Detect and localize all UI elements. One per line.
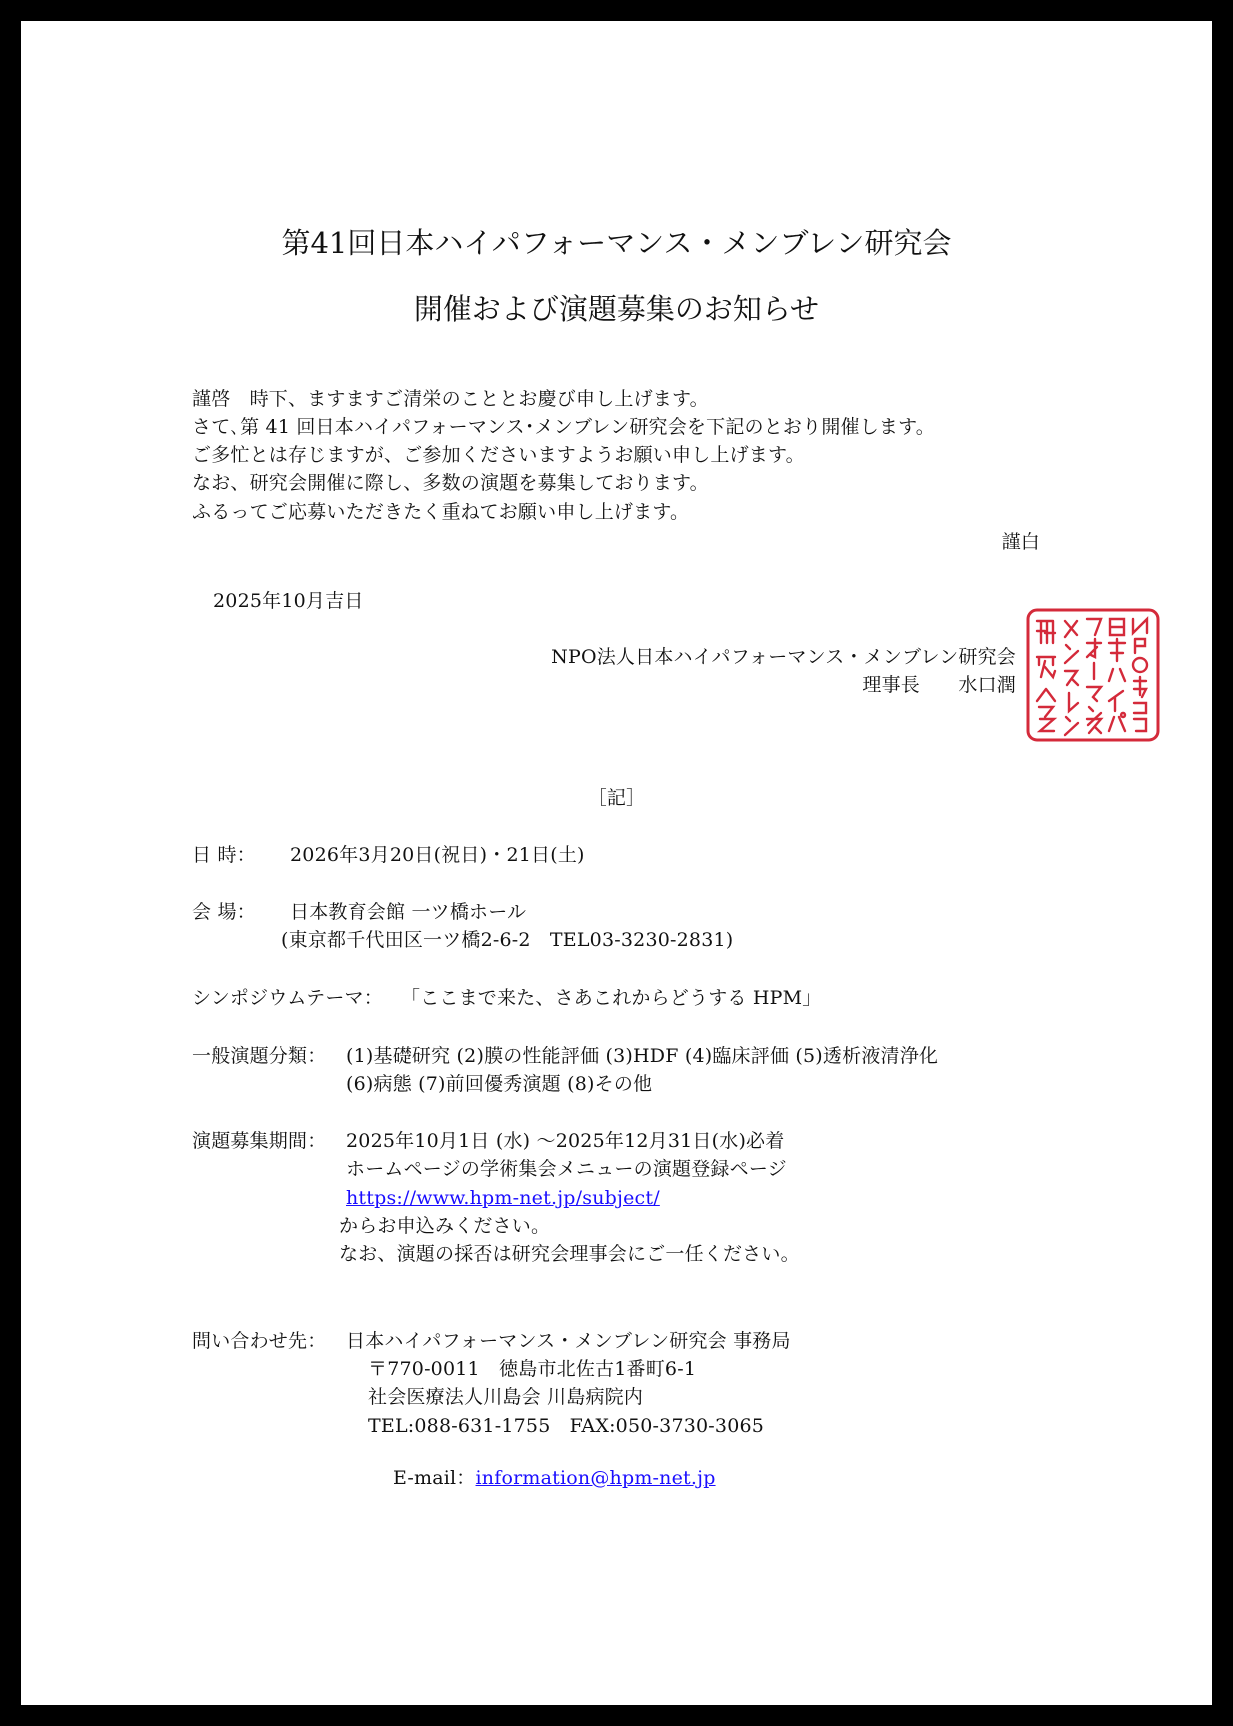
datetime-label: 日 時： xyxy=(192,843,256,867)
organization-name: NPO法人日本ハイパフォーマンス・メンブレン研究会 xyxy=(551,645,1016,669)
greeting-line-4: なお、研究会開催に際し、多数の演題を募集しております。 xyxy=(192,471,709,495)
title-line-2: 開催および演題募集のお知らせ xyxy=(21,291,1212,327)
period-note-homepage: ホームページの学術集会メニューの演題登録ページ xyxy=(346,1157,787,1181)
categories-line-2: (6)病態 (7)前回優秀演題 (8)その他 xyxy=(346,1072,652,1096)
greeting-line-1: 謹啓 時下、ますますご清栄のこととお慶び申し上げます。 xyxy=(192,387,709,411)
contact-hospital: 社会医療法人川島会 川島病院内 xyxy=(368,1385,643,1409)
contact-address: 〒770-0011 徳島市北佐古1番町6-1 xyxy=(368,1357,696,1381)
subject-registration-link[interactable]: https://www.hpm-net.jp/subject/ xyxy=(346,1186,660,1210)
contact-organization: 日本ハイパフォーマンス・メンブレン研究会 事務局 xyxy=(346,1329,791,1353)
categories-line-1: (1)基礎研究 (2)膜の性能評価 (3)HDF (4)臨床評価 (5)透析液清… xyxy=(346,1044,938,1068)
title-line-1: 第41回日本ハイパフォーマンス・メンブレン研究会 xyxy=(21,225,1212,261)
period-value: 2025年10月1日 (水) ～2025年12月31日(水)必着 xyxy=(346,1129,784,1153)
issue-date: 2025年10月吉日 xyxy=(213,589,364,613)
ki-heading: ［記］ xyxy=(21,786,1212,810)
symposium-theme: 「ここまで来た、さあこれからどうする HPM」 xyxy=(401,986,821,1010)
venue-address: (東京都千代田区一ツ橋2-6-2 TEL03-3230-2831) xyxy=(281,928,733,952)
period-note-selection: なお、演題の採否は研究会理事会にご一任ください。 xyxy=(339,1242,800,1266)
contact-email-link[interactable]: information@hpm-net.jp xyxy=(476,1467,716,1489)
contact-label: 問い合わせ先： xyxy=(192,1329,326,1353)
datetime-value: 2026年3月20日(祝日)・21日(土) xyxy=(290,843,585,867)
document-page: 第41回日本ハイパフォーマンス・メンブレン研究会 開催および演題募集のお知らせ … xyxy=(21,21,1212,1705)
symposium-label: シンポジウムテーマ： xyxy=(192,986,383,1010)
venue-label: 会 場： xyxy=(192,900,256,924)
period-note-apply: からお申込みください。 xyxy=(339,1214,550,1238)
categories-label: 一般演題分類： xyxy=(192,1044,326,1068)
organization-seal-stamp xyxy=(1025,607,1161,743)
closing-kinpaku: 謹白 xyxy=(1002,530,1040,554)
greeting-line-2: さて､第 41 回日本ハイパフォーマンス･メンブレン研究会を下記のとおり開催しま… xyxy=(192,415,935,439)
greeting-line-3: ご多忙とは存じますが、ご参加くださいますようお願い申し上げます。 xyxy=(192,443,805,467)
signatory: 理事長 水口潤 xyxy=(862,673,1016,697)
venue-value: 日本教育会館 一ツ橋ホール xyxy=(290,900,526,924)
contact-email-label: E-mail： xyxy=(393,1467,476,1489)
contact-phone-fax: TEL:088-631-1755 FAX:050-3730-3065 xyxy=(368,1414,764,1438)
period-label: 演題募集期間： xyxy=(192,1129,326,1153)
greeting-line-5: ふるってご応募いただきたく重ねてお願い申し上げます。 xyxy=(192,500,689,524)
contact-email-row: E-mail：information@hpm-net.jp xyxy=(368,1442,716,1514)
